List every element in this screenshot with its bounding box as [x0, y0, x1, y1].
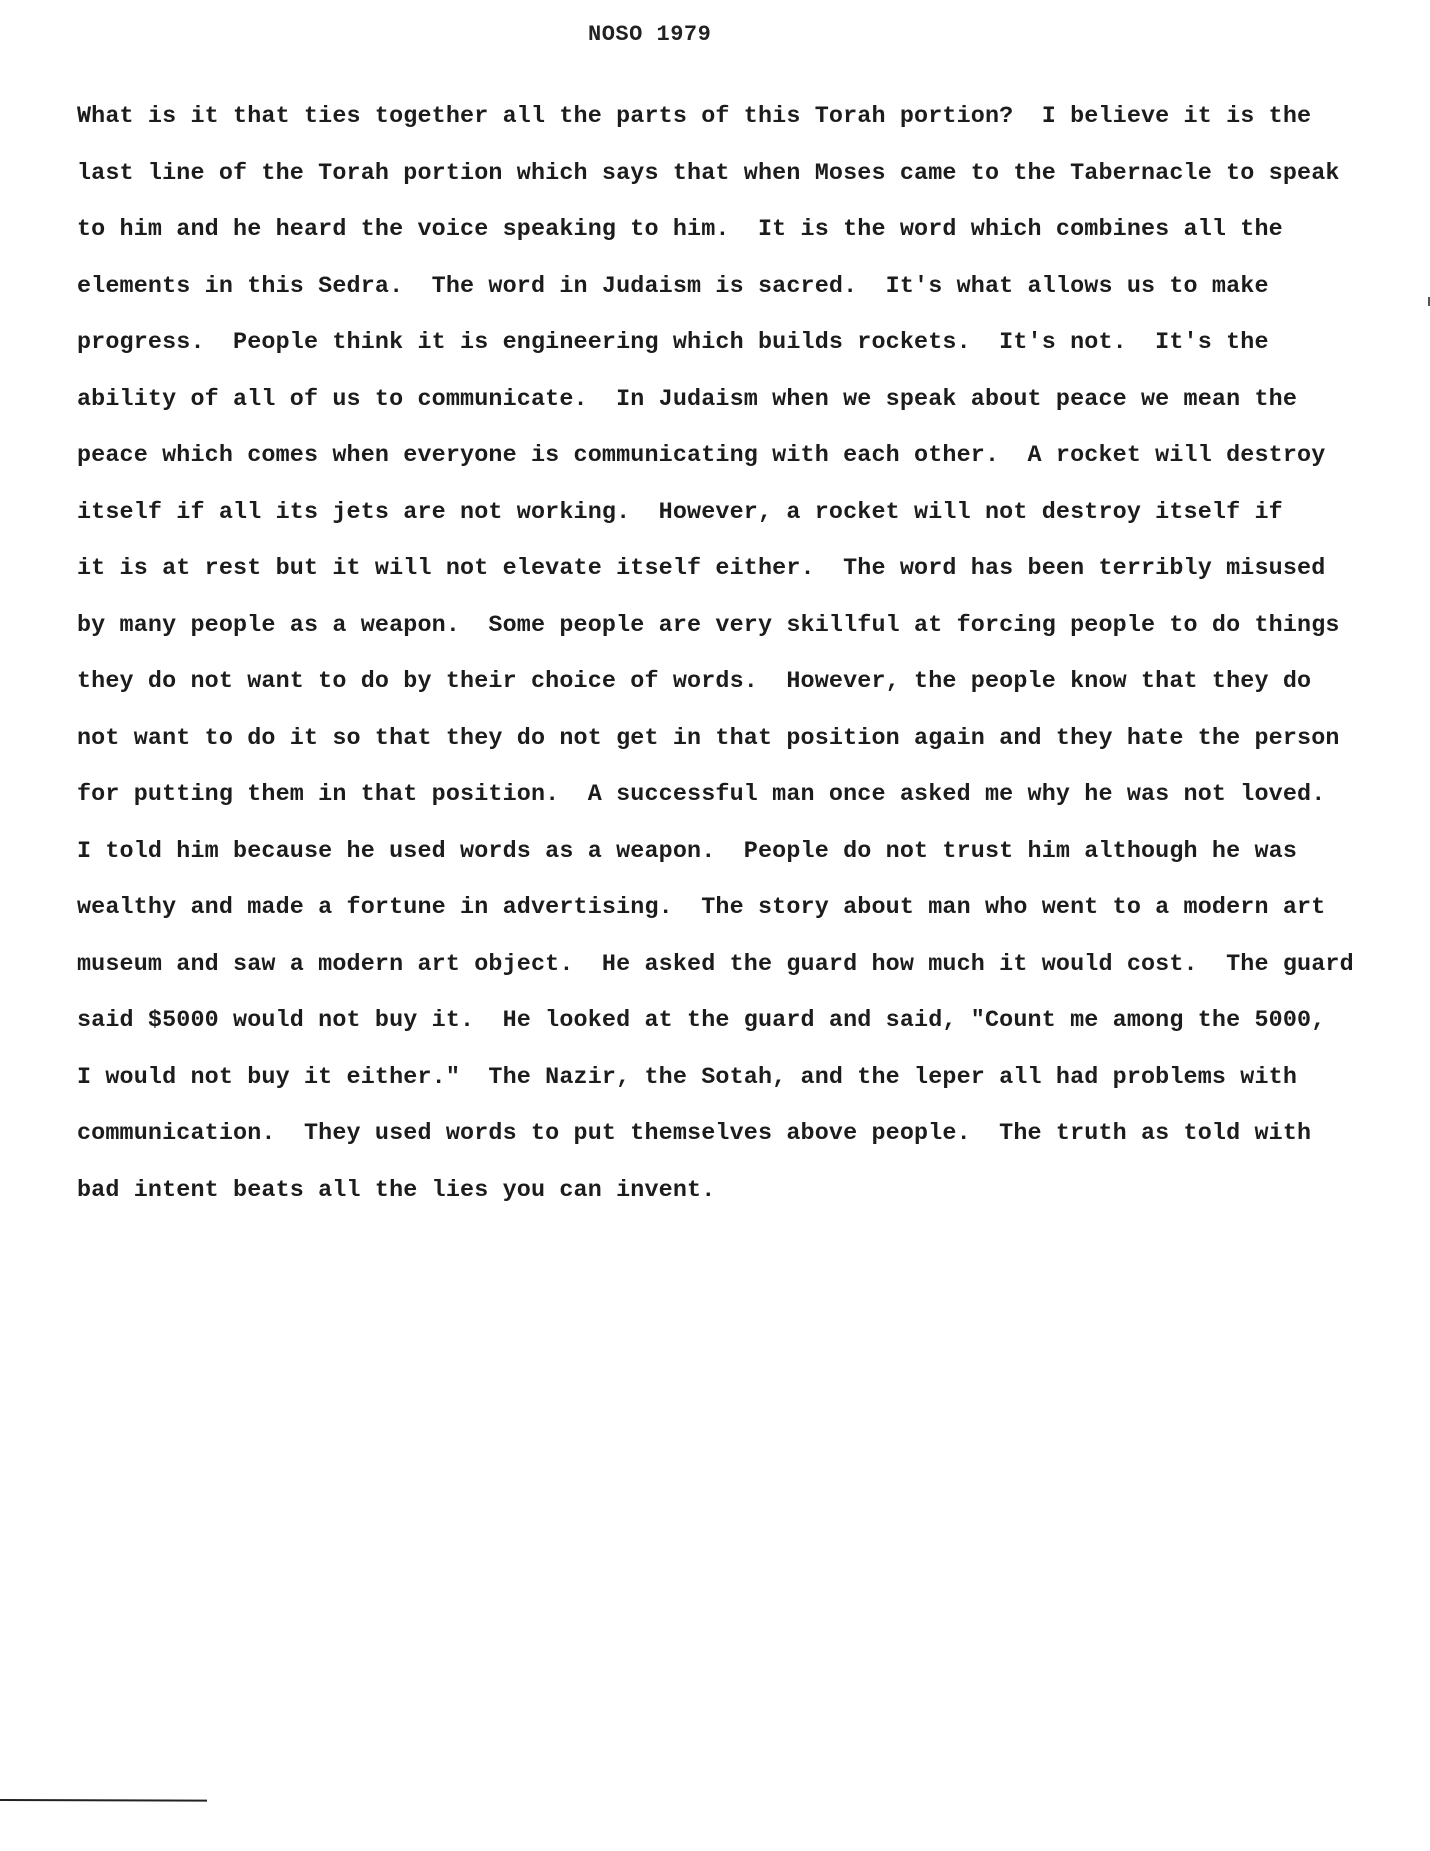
text-line: last line of the Torah portion which say… [77, 157, 1367, 214]
text-line: wealthy and made a fortune in advertisin… [77, 891, 1367, 948]
text-line: not want to do it so that they do not ge… [77, 722, 1367, 779]
text-line: ability of all of us to communicate. In … [77, 383, 1367, 440]
document-page: NOSO 1979 What is it that ties together … [0, 0, 1430, 1851]
text-line: museum and saw a modern art object. He a… [77, 948, 1367, 1005]
text-line: progress. People think it is engineering… [77, 326, 1367, 383]
footnote-rule [0, 1799, 207, 1802]
text-line: by many people as a weapon. Some people … [77, 609, 1367, 666]
document-body: What is it that ties together all the pa… [77, 100, 1367, 1230]
text-line: I told him because he used words as a we… [77, 835, 1367, 892]
text-line: they do not want to do by their choice o… [77, 665, 1367, 722]
text-line: bad intent beats all the lies you can in… [77, 1174, 1367, 1231]
text-line: elements in this Sedra. The word in Juda… [77, 270, 1367, 327]
text-line: for putting them in that position. A suc… [77, 778, 1367, 835]
text-line: itself if all its jets are not working. … [77, 496, 1367, 553]
text-line: said $5000 would not buy it. He looked a… [77, 1004, 1367, 1061]
text-line: What is it that ties together all the pa… [77, 100, 1367, 157]
document-header: NOSO 1979 [588, 22, 711, 47]
text-line: it is at rest but it will not elevate it… [77, 552, 1367, 609]
text-line: I would not buy it either." The Nazir, t… [77, 1061, 1367, 1118]
text-line: peace which comes when everyone is commu… [77, 439, 1367, 496]
text-line: to him and he heard the voice speaking t… [77, 213, 1367, 270]
text-line: communication. They used words to put th… [77, 1117, 1367, 1174]
